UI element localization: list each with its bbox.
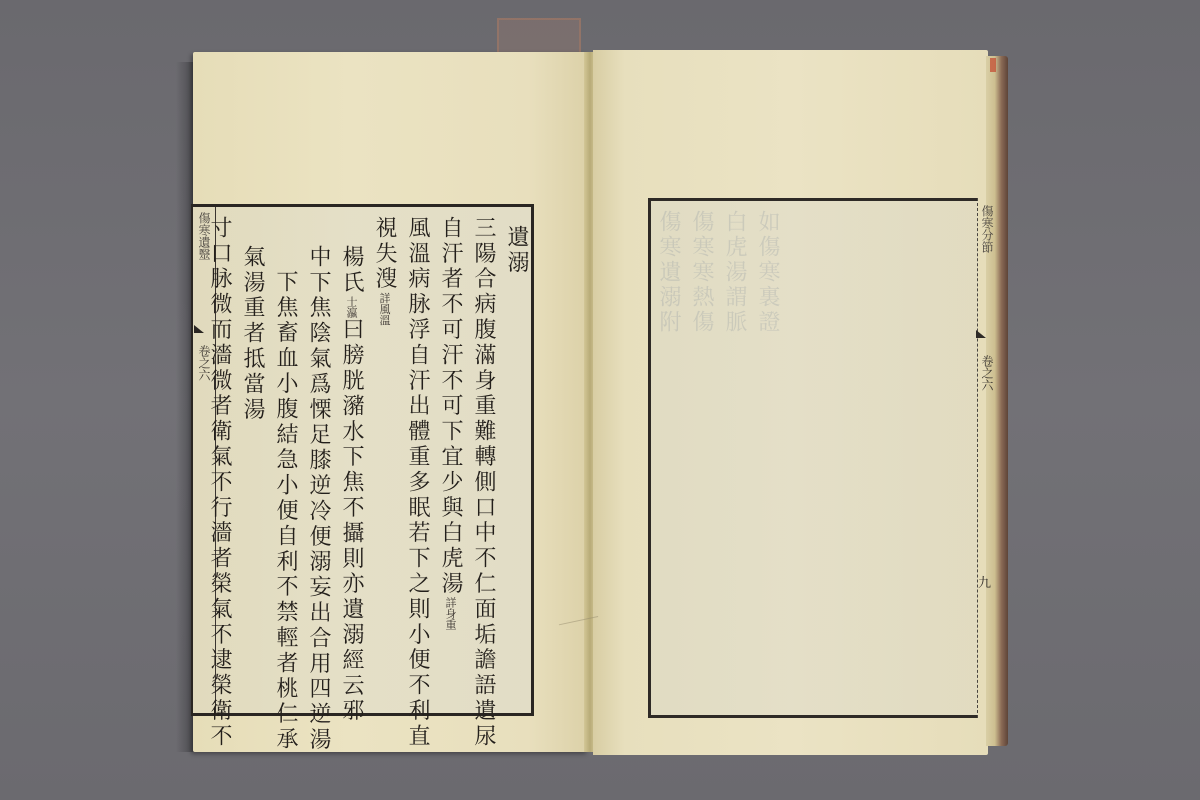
- text-column-4: 視失溲詳風溫: [371, 216, 397, 325]
- fishtail-mark-icon: [194, 325, 204, 333]
- annotation-note: 詳風溫: [378, 292, 391, 325]
- text-column-9: 寸口脉微而濇微者衛氣不行濇者榮氣不逮榮衛不: [206, 216, 232, 749]
- book-scan: 傷寒遺毉 卷之六 遺溺 三陽合病腹滿身重難轉側口中不仁面垢譫語遺尿 自汗者不可汗…: [0, 0, 1200, 800]
- text-column-1: 三陽合病腹滿身重難轉側口中不仁面垢譫語遺尿: [470, 216, 496, 749]
- annotation-note: 士瀛: [345, 296, 358, 318]
- page-number: 九: [978, 572, 994, 591]
- show-through-text-3: 白虎湯謂脈: [721, 210, 747, 335]
- column-text-cont: 曰膀胱瀦水下焦不攝則亦遺溺經云邪: [339, 318, 364, 724]
- text-column-7: 下焦畜血小腹結急小便自利不禁輕者桃仁承: [272, 270, 298, 753]
- column-text: 自汗者不可汗不可下宜少與白虎湯: [438, 216, 463, 597]
- text-column-3: 風溫病脉浮自汗出體重多眠若下之則小便不利直: [404, 216, 430, 749]
- section-heading: 遺溺: [503, 225, 529, 276]
- column-text: 楊氏: [339, 245, 364, 296]
- right-margin-title: 傷寒分節: [979, 205, 995, 253]
- show-through-text-4: 如傷寒裏證: [754, 210, 780, 335]
- fishtail-mark-icon: [976, 330, 986, 338]
- text-column-8: 氣湯重者抵當湯: [239, 245, 265, 423]
- annotation-note: 詳身重: [444, 597, 457, 630]
- show-through-text-1: 傷寒遺溺附: [655, 210, 681, 335]
- text-column-6: 中下焦陰氣爲慄足膝逆冷便溺妄出合用四逆湯: [305, 245, 331, 753]
- column-text: 視失溲: [372, 216, 397, 292]
- text-column-2: 自汗者不可汗不可下宜少與白虎湯詳身重: [437, 216, 463, 630]
- fore-edge-marker: [990, 58, 996, 72]
- show-through-text-2: 傷寒寒熱傷: [688, 210, 714, 335]
- text-column-5: 楊氏士瀛曰膀胱瀦水下焦不攝則亦遺溺經云邪: [338, 245, 364, 724]
- right-margin-chapter: 卷之六: [979, 355, 995, 391]
- right-margin-line: [977, 198, 979, 718]
- fore-edge: [986, 56, 1008, 746]
